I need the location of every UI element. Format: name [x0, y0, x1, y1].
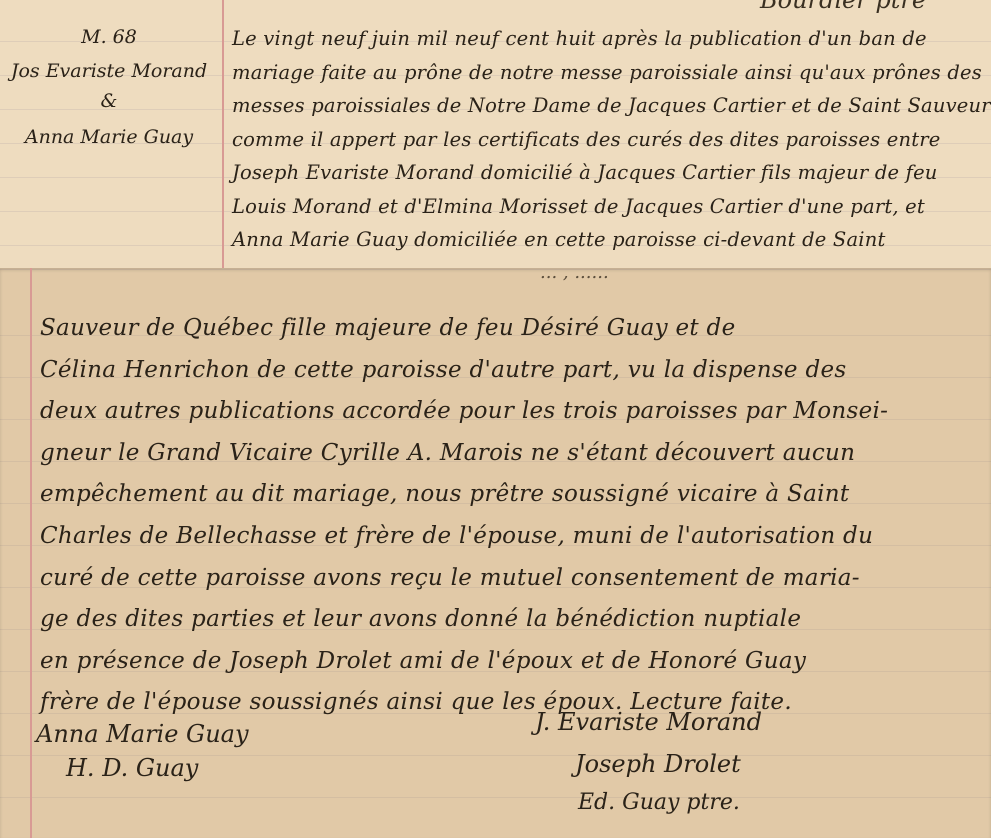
- entry-text-top: Le vingt neuf juin mil neuf cent huit ap…: [232, 22, 991, 257]
- text-line: empêchement au dit mariage, nous prêtre …: [40, 474, 990, 516]
- margin-rule: [30, 268, 32, 838]
- signature-witness-friend: Joseph Drolet: [575, 750, 741, 778]
- text-line: comme il appert par les certificats des …: [232, 123, 991, 157]
- text-line: Sauveur de Québec fille majeure de feu D…: [40, 308, 990, 350]
- register-page-bottom-crop: ... , ...... Sauveur de Québec fille maj…: [0, 268, 991, 838]
- text-line: ge des dites parties et leur avons donné…: [40, 599, 990, 641]
- text-line: Louis Morand et d'Elmina Morisset de Jac…: [232, 190, 991, 224]
- margin-entry-number: M. 68: [0, 20, 218, 54]
- signature-bride: Anna Marie Guay: [36, 720, 249, 748]
- entry-text-bottom: Sauveur de Québec fille majeure de feu D…: [40, 308, 990, 724]
- signature-officiant: Ed. Guay ptre.: [578, 790, 740, 815]
- register-page-top-crop: Bourdier ptre M. 68 Jos Evariste Morand …: [0, 0, 991, 268]
- text-line: Le vingt neuf juin mil neuf cent huit ap…: [232, 22, 991, 56]
- text-line: gneur le Grand Vicaire Cyrille A. Marois…: [40, 433, 990, 475]
- text-line: curé de cette paroisse avons reçu le mut…: [40, 558, 990, 600]
- margin-groom-name: Jos Evariste Morand: [0, 54, 218, 88]
- text-line: Célina Henrichon de cette paroisse d'aut…: [40, 350, 990, 392]
- margin-bride-name: Anna Marie Guay: [0, 120, 218, 154]
- text-line: mariage faite au prône de notre messe pa…: [232, 56, 991, 90]
- text-line: Anna Marie Guay domiciliée en cette paro…: [232, 223, 991, 257]
- header-signature-fragment: Bourdier ptre: [760, 0, 926, 14]
- text-line: en présence de Joseph Drolet ami de l'ép…: [40, 641, 990, 683]
- text-line: messes paroissiales de Notre Dame de Jac…: [232, 89, 991, 123]
- text-line: Charles de Bellechasse et frère de l'épo…: [40, 516, 990, 558]
- seam-residue-text: ... , ......: [540, 268, 609, 283]
- signature-witness-brother: H. D. Guay: [66, 754, 198, 782]
- margin-rule: [222, 0, 224, 268]
- signature-groom: J. Evariste Morand: [535, 708, 762, 736]
- text-line: Joseph Evariste Morand domicilié à Jacqu…: [232, 156, 991, 190]
- text-line: frère de l'épouse soussignés ainsi que l…: [40, 682, 990, 724]
- margin-ampersand: &: [0, 84, 218, 118]
- text-line: deux autres publications accordée pour l…: [40, 391, 990, 433]
